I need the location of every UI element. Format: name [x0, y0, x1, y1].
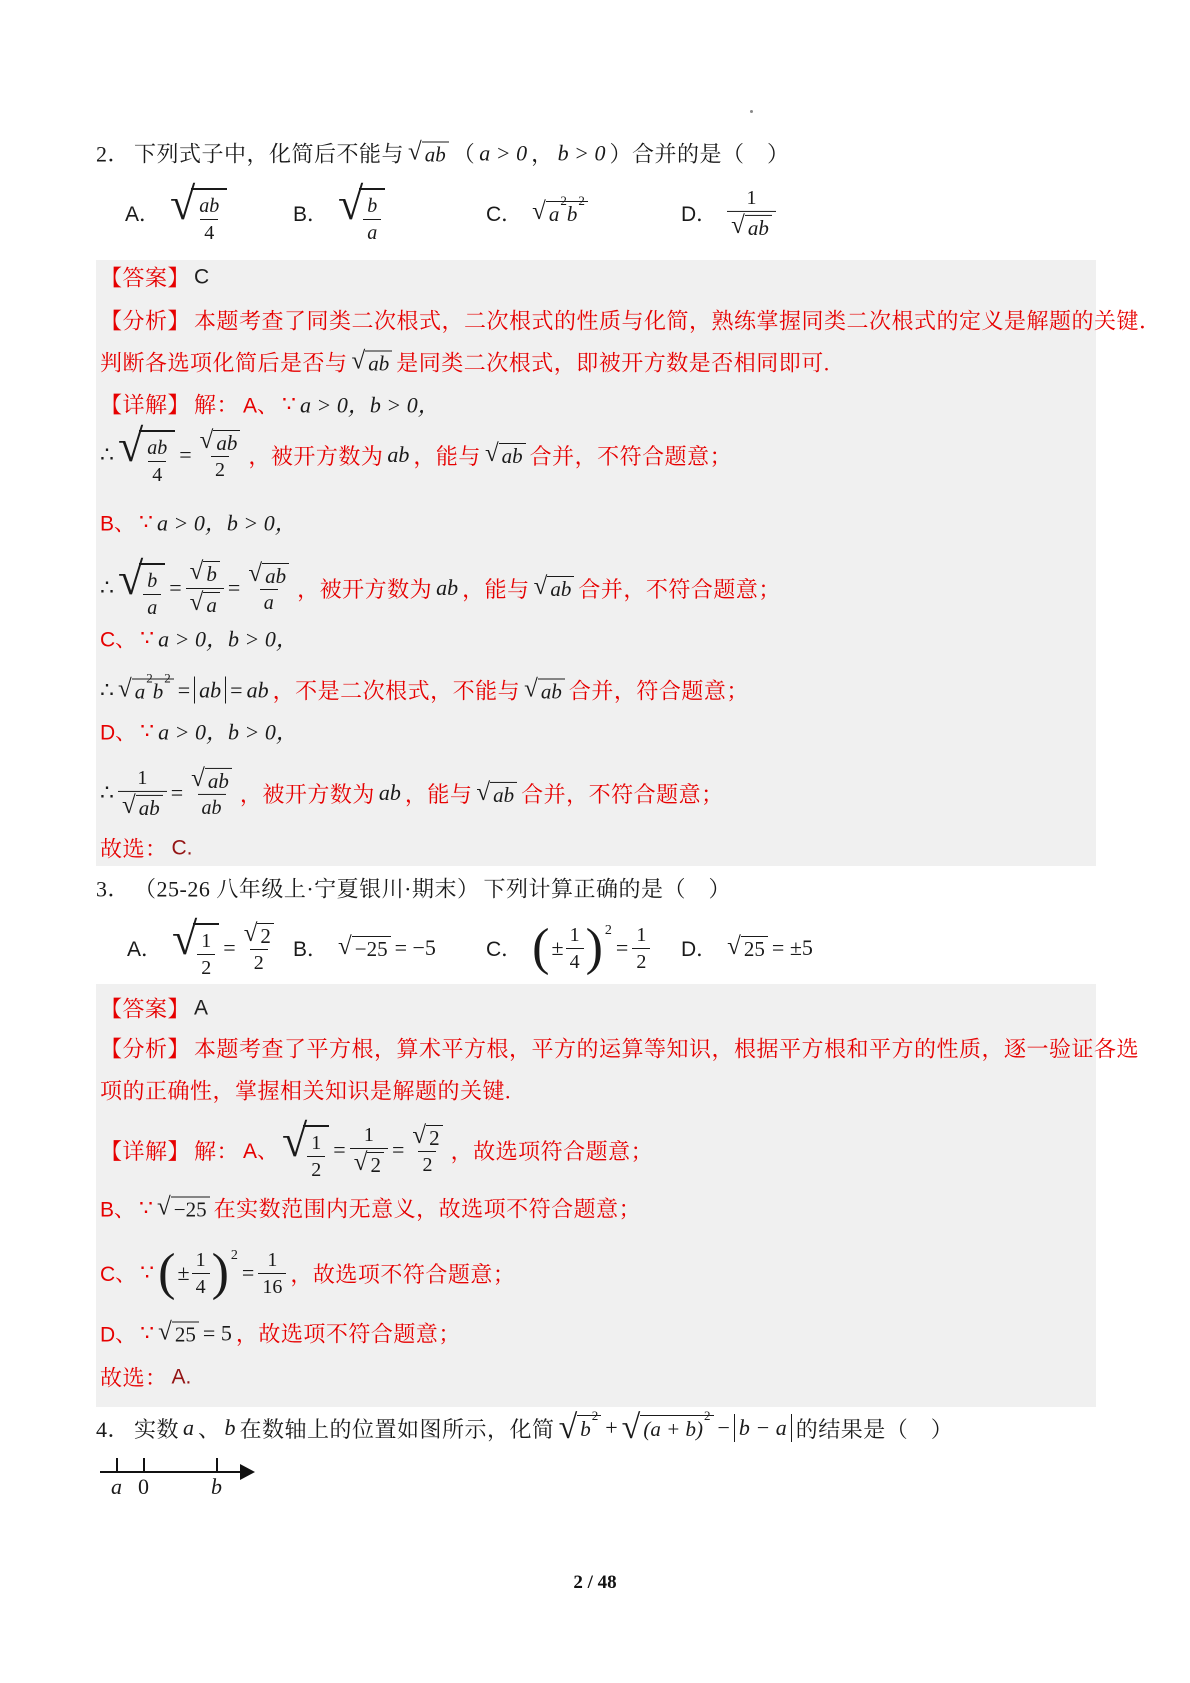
red-text: 合并，不符合题意； [530, 440, 733, 471]
equals-sign: = [242, 1260, 254, 1286]
numerator: 1 [566, 923, 584, 948]
numerator: √2 [240, 921, 278, 949]
sqrt-expression: √ ba [118, 556, 165, 620]
fraction: √ab ab [187, 766, 236, 820]
because-sign: ∵ [140, 1320, 154, 1346]
case-b-prefix: B、 [100, 1193, 135, 1223]
denominator: 2 [632, 948, 650, 974]
minus-sign: − [718, 1415, 730, 1441]
numerator: 1 [133, 766, 151, 791]
choose-label: 故选： [100, 833, 168, 864]
q3-answer-line: 【答案】 A [100, 993, 208, 1024]
therefore-sign: ∴ [100, 575, 114, 601]
denominator: ab [198, 794, 226, 820]
q4-number: 4． [96, 1413, 130, 1444]
case-a-prefix: A、 [243, 389, 278, 419]
q3-option-a: A． √ 12 = √2 2 [127, 916, 278, 980]
numerator: √2 [408, 1123, 446, 1151]
equation-result: = 5 [203, 1320, 232, 1346]
q3-choose-line: 故选： A. [100, 1362, 191, 1393]
equals-sign: = [223, 935, 235, 961]
math-ab: ab [379, 780, 401, 806]
solution-prefix: 解： [194, 1135, 239, 1166]
fraction: 1 √2 [350, 1123, 388, 1177]
solution-prefix: 解： [194, 389, 239, 420]
radicand: ab 4 [191, 188, 227, 245]
numerator: ab [195, 194, 223, 219]
label-a: a [111, 1474, 122, 1500]
q2-case-c-cond: C、 ∵ a > 0，b > 0， [100, 623, 298, 654]
denominator: √2 [350, 1148, 388, 1177]
because-sign: ∵ [139, 509, 153, 535]
radical-sign: √ [190, 590, 204, 615]
numerator: √ab [196, 428, 245, 456]
because-sign: ∵ [140, 718, 154, 744]
numerator: ab [143, 436, 171, 461]
case-c-prefix: C、 [100, 623, 136, 653]
detail-label: 【详解】 [100, 1135, 190, 1166]
radicand: ab [205, 768, 232, 793]
result: ab [247, 677, 269, 703]
analysis-label: 【分析】 [100, 305, 190, 336]
exponent: 2 [164, 670, 171, 685]
number-line-figure: a 0 b [100, 1452, 258, 1504]
numerator: b [143, 569, 161, 594]
q2-case-b-cond: B、 ∵ a > 0，b > 0， [100, 507, 297, 538]
red-text: ，能与 [462, 573, 530, 604]
conditions: a > 0，b > 0， [157, 507, 297, 538]
exponent: 2 [592, 1408, 599, 1423]
radical-sign: √ [524, 676, 538, 701]
case-a-prefix: A、 [243, 1135, 278, 1165]
detail-label: 【详解】 [100, 389, 190, 420]
var-a: a [549, 202, 560, 226]
number-line-arrow [240, 1464, 255, 1480]
radical-sign: √ [485, 441, 499, 466]
stray-dot [750, 110, 753, 113]
equals-sign: = [228, 575, 240, 601]
radical-sign: √ [157, 1194, 171, 1219]
exponent: 2 [560, 193, 567, 208]
q4-stem-text: 在数轴上的位置如图所示，化简 [240, 1413, 555, 1444]
plus-minus-sign: ± [178, 1260, 190, 1286]
page-number: 2 / 48 [0, 1572, 1190, 1594]
red-text: ，故选项符合题意； [451, 1135, 654, 1166]
radicand: ba [139, 563, 165, 620]
math-ab: ab [387, 442, 409, 468]
exponent: 2 [578, 193, 585, 208]
because-sign: ∵ [282, 391, 296, 417]
q2-stem: 2． 下列式子中，化简后不能与 √ ab （ a > 0 ， b > 0 ）合并… [96, 138, 790, 169]
option-d-label: D． [681, 933, 717, 963]
q3-analysis-line1: 【分析】 本题考查了平方根，算术平方根，平方的运算等知识，根据平方根和平方的性质… [100, 1033, 1139, 1064]
paren-open: ( [532, 922, 549, 974]
denominator: 2 [250, 949, 268, 975]
radical-sign: √ [118, 676, 132, 701]
radicand: b a [359, 188, 385, 245]
numerator: 1 [632, 923, 650, 948]
exponent: 2 [704, 1408, 711, 1423]
red-text: 在实数范围内无意义，故选项不符合题意； [214, 1193, 642, 1224]
fraction: √2 2 [240, 921, 278, 975]
option-c-label: C． [486, 198, 522, 228]
radicand: 2 [367, 1152, 384, 1177]
sqrt-ab-expression: √ ab [408, 139, 449, 166]
var-b: b [567, 202, 578, 226]
radical-sign: √ [731, 213, 745, 238]
equals-sign: = [171, 780, 183, 806]
sqrt-expression: √ 12 [282, 1118, 329, 1182]
radicand: ab [213, 430, 240, 455]
case-d-prefix: D、 [100, 1318, 136, 1348]
radicand: 25 [741, 936, 768, 961]
radical-sign: √ [476, 779, 490, 804]
radicand: ab [136, 795, 163, 820]
because-sign: ∵ [140, 1260, 154, 1286]
numerator: 1 [263, 1248, 281, 1273]
q2-answer-line: 【答案】 C [100, 262, 209, 293]
q2-analysis-line1: 【分析】 本题考查了同类二次根式，二次根式的性质与化简，熟练掌握同类二次根式的定… [100, 305, 1162, 336]
q2-case-d-formula: ∴ 1 √ab = √ab ab ，被开方数为 ab ，能与 √ab 合并，不符… [100, 766, 724, 820]
enumeration-comma: 、 [198, 1413, 221, 1444]
therefore-sign: ∴ [100, 780, 114, 806]
sqrt-expression: √ ab 4 [170, 181, 227, 245]
radicand: ab4 [139, 430, 175, 487]
q3-number: 3． [96, 873, 130, 904]
red-text: ，被开方数为 [297, 573, 432, 604]
sqrt-expression: √ ab4 [118, 423, 175, 487]
option-c-label: C． [486, 933, 522, 963]
radical-sign: √ [622, 1411, 641, 1445]
denominator: 4 [148, 461, 166, 487]
radicand: ab [547, 576, 574, 601]
radical-sign: √ [158, 1319, 172, 1344]
radical-sign: √ [338, 934, 352, 959]
fraction: 1 √ab [118, 766, 167, 820]
q2-option-c: C． √ a2b2 [486, 198, 588, 228]
sqrt-expression: √ ab [731, 213, 772, 240]
red-text: ，被开方数为 [248, 440, 383, 471]
exponent: 2 [231, 1248, 238, 1264]
analysis-text: 本题考查了同类二次根式，二次根式的性质与化简，熟练掌握同类二次根式的定义是解题的… [194, 305, 1162, 336]
equals-sign: = [169, 575, 181, 601]
radicand: b2 [577, 1415, 601, 1442]
exponent: 2 [605, 923, 612, 939]
sqrt-expression: √−25 [157, 1194, 210, 1221]
var-a: a [135, 679, 146, 703]
absolute-value: b − a [734, 1414, 792, 1442]
q2-case-a-formula: ∴ √ ab4 = √ab 2 ，被开方数为 ab ，能与 √ab 合并，不符合… [100, 423, 732, 487]
therefore-sign: ∴ [100, 442, 114, 468]
sqrt-ab-expression: √ab [534, 574, 575, 601]
conditions: a > 0，b > 0， [300, 389, 440, 420]
radical-sign: √ [532, 199, 546, 224]
sqrt-ab-expression: √ab [524, 676, 565, 703]
radicand: ab [490, 781, 517, 806]
equals-sign: = [333, 1137, 345, 1163]
plus-sign: + [605, 1415, 617, 1441]
radicand: 2 [257, 923, 274, 948]
var-b: b [225, 1415, 236, 1441]
equals-sign: = [392, 1137, 404, 1163]
q2-case-c-formula: ∴ √ a2b2 = ab = ab ，不是二次根式，不能与 √ab 合并，符合… [100, 675, 749, 706]
condition-a: a > 0 [479, 140, 527, 166]
sqrt-expression: √25 [158, 1319, 199, 1346]
q2-option-a: A． √ ab 4 [125, 181, 227, 245]
fraction: ab 4 [195, 194, 223, 245]
radicand: a2b2 [546, 201, 588, 226]
denominator: 2 [211, 456, 229, 482]
denominator: 2 [197, 954, 215, 980]
fraction: √b √a [186, 559, 224, 616]
equation-result: = −5 [395, 935, 436, 961]
red-text: ，能与 [405, 777, 473, 808]
q2-choose-line: 故选： C. [100, 833, 193, 864]
abs-content: ab [199, 677, 221, 702]
sqrt-expression: √ a2b2 [118, 676, 174, 703]
analysis-label: 【分析】 [100, 1033, 190, 1064]
red-text: ，不是二次根式，不能与 [273, 675, 521, 706]
paren-close: ) [212, 1247, 229, 1299]
paren-power-group: ( ± 14 ) 2 [158, 1247, 238, 1299]
fraction: √ab a [244, 561, 293, 615]
equals-sign: = [616, 935, 628, 961]
q3-case-a-formula: 【详解】 解： A、 √ 12 = 1 √2 = √2 2 ，故选项符合题意； [100, 1118, 653, 1182]
denominator: a [363, 219, 381, 245]
conditions: a > 0，b > 0， [158, 623, 298, 654]
denominator: 2 [418, 1151, 436, 1177]
sqrt-ab-expression: √ab [485, 441, 526, 468]
var-a: a [183, 1415, 194, 1441]
condition-b: b > 0 [558, 140, 606, 166]
analysis-text: 本题考查了平方根，算术平方根，平方的运算等知识，根据平方根和平方的性质，逐一验证… [194, 1033, 1139, 1064]
q2-number: 2． [96, 138, 130, 169]
answer-label: 【答案】 [100, 262, 190, 293]
radical-sign: √ [534, 574, 548, 599]
q2-stem-tail: ）合并的是（ ） [610, 138, 790, 169]
option-a-label: A． [125, 198, 160, 228]
q2-choose-letter: C. [172, 836, 193, 860]
exponent: 2 [146, 670, 153, 685]
q3-answer-letter: A [194, 996, 208, 1020]
q2-detail-line: 【详解】 解： A、 ∵ a > 0，b > 0， [100, 389, 440, 420]
paren-power-group: ( ± 14 ) 2 [532, 922, 612, 974]
radicand: −25 [352, 936, 391, 961]
radicand: a [203, 592, 220, 617]
red-text: ，能与 [413, 440, 481, 471]
abs-content: b − a [739, 1415, 787, 1440]
radical-sign: √ [408, 139, 422, 164]
fraction: √2 2 [408, 1123, 446, 1177]
radicand: a2b2 [132, 678, 174, 703]
case-b-prefix: B、 [100, 507, 135, 537]
numerator: √ab [187, 766, 236, 794]
equals-sign: = [178, 677, 190, 703]
sqrt-a-plus-b-squared: √ (a + b)2 [622, 1411, 714, 1445]
radicand: 12 [303, 1125, 329, 1182]
radicand: ab [365, 350, 392, 375]
tick-a [116, 1458, 118, 1472]
fraction: 12 [632, 923, 650, 974]
q3-option-b: B． √−25 = −5 [293, 933, 436, 963]
q3-case-d-line: D、 ∵ √25 = 5 ，故选项不符合题意； [100, 1318, 461, 1349]
q3-source: （25-26 八年级上·宁夏银川·期末） [134, 873, 479, 904]
q4-stem-tail: 的结果是（ ） [796, 1413, 954, 1444]
denominator: 4 [192, 1273, 210, 1299]
radicand: ab [422, 141, 449, 166]
radical-sign: √ [352, 348, 366, 373]
q2-answer-letter: C [194, 265, 209, 289]
option-d-label: D． [681, 198, 717, 228]
numerator: 1 [743, 186, 761, 211]
sqrt-expression: √25 [727, 934, 768, 961]
radical-sign: √ [190, 559, 204, 584]
sqrt-expression: √ a2b2 [532, 199, 588, 226]
q4-stem: 4． 实数 a 、 b 在数轴上的位置如图所示，化简 √ b2 + √ (a +… [96, 1411, 953, 1445]
math-ab: ab [436, 575, 458, 601]
radicand: ab [262, 563, 289, 588]
option-a-label: A． [127, 933, 162, 963]
sqrt-b-squared: √ b2 [559, 1411, 602, 1445]
var-b: b [153, 679, 164, 703]
radicand: 25 [172, 1321, 199, 1346]
radical-sign: √ [200, 428, 214, 453]
analysis-text: 判断各选项化简后是否与 [100, 347, 348, 378]
radical-sign: √ [244, 921, 258, 946]
plus-minus-sign: ± [552, 935, 564, 961]
radical-sign: √ [191, 766, 205, 791]
case-c-prefix: C、 [100, 1258, 136, 1288]
numerator: b [363, 194, 381, 219]
radical-sign: √ [727, 934, 741, 959]
numerator: 1 [197, 929, 215, 954]
red-text: 合并，不符合题意； [578, 573, 781, 604]
equals-sign: = [179, 442, 191, 468]
tick-zero [143, 1458, 145, 1472]
denominator: √ ab [727, 211, 776, 240]
q4-stem-text: 实数 [134, 1413, 179, 1444]
radical-sign: √ [559, 1411, 578, 1445]
label-b: b [211, 1474, 222, 1500]
inner-expression: (a + b) [643, 1417, 703, 1441]
answer-label: 【答案】 [100, 993, 190, 1024]
numerator: 1 [307, 1131, 325, 1156]
q2-option-b: B． √ b a [293, 181, 385, 245]
denominator: √a [186, 588, 224, 617]
paren-open: ( [158, 1247, 175, 1299]
radicand: ab [538, 678, 565, 703]
sqrt-expression: √−25 [338, 934, 391, 961]
radicand: b [203, 561, 220, 586]
sqrt-expression: √ b a [338, 181, 385, 245]
tick-b [216, 1458, 218, 1472]
radicand: 12 [193, 923, 219, 980]
q2-stem-text: 下列式子中，化简后不能与 [134, 138, 404, 169]
paren-close: ) [586, 922, 603, 974]
q2-case-d-cond: D、 ∵ a > 0，b > 0， [100, 716, 298, 747]
q2-option-d: D． 1 √ ab [681, 186, 776, 240]
conditions: a > 0，b > 0， [158, 716, 298, 747]
denominator: 4 [200, 219, 218, 245]
fraction: b a [363, 194, 381, 245]
denominator: 16 [258, 1273, 286, 1299]
paren-open: （ [453, 138, 476, 169]
q3-stem: 3． （25-26 八年级上·宁夏银川·期末） 下列计算正确的是（ ） [96, 873, 731, 904]
q3-choose-letter: A. [172, 1365, 192, 1389]
numerator: 1 [192, 1248, 210, 1273]
analysis-text: 是同类二次根式，即被开方数是否相同即可. [396, 347, 830, 378]
equation-result: = ±5 [772, 935, 813, 961]
q3-option-c: C． ( ± 14 ) 2 = 12 [486, 922, 650, 974]
radical-sign: √ [412, 1123, 426, 1148]
therefore-sign: ∴ [100, 677, 114, 703]
denominator: a [143, 594, 161, 620]
option-b-label: B． [293, 198, 328, 228]
fraction: 1 √ ab [727, 186, 776, 240]
analysis-text: 项的正确性，掌握相关知识是解题的关键. [100, 1075, 511, 1106]
equals-sign: = [230, 677, 242, 703]
denominator: 2 [307, 1156, 325, 1182]
because-sign: ∵ [140, 625, 154, 651]
radicand: ab [499, 443, 526, 468]
var-b: b [580, 1417, 591, 1441]
q3-option-d: D． √25 = ±5 [681, 933, 813, 963]
radicand: ab [745, 215, 772, 240]
worksheet-page: 2． 下列式子中，化简后不能与 √ ab （ a > 0 ， b > 0 ）合并… [0, 0, 1190, 1683]
fraction: 116 [258, 1248, 286, 1299]
q2-analysis-line2: 判断各选项化简后是否与 √ ab 是同类二次根式，即被开方数是否相同即可. [100, 347, 830, 378]
red-text: 合并，不符合题意； [521, 777, 724, 808]
absolute-value: ab [194, 676, 226, 704]
q3-case-b-line: B、 ∵ √−25 在实数范围内无意义，故选项不符合题意； [100, 1193, 641, 1224]
choose-label: 故选： [100, 1362, 168, 1393]
q2-case-b-formula: ∴ √ ba = √b √a = √ab a ，被开方数为 ab ，能与 √ab… [100, 556, 781, 620]
denominator: 4 [566, 948, 584, 974]
fraction: √ab 2 [196, 428, 245, 482]
q3-case-c-line: C、 ∵ ( ± 14 ) 2 = 116 ，故选项不符合题意； [100, 1247, 515, 1299]
denominator: √ab [118, 791, 167, 820]
numerator: √b [186, 559, 224, 587]
sqrt-ab-expression: √ab [476, 779, 517, 806]
numerator: √ab [244, 561, 293, 589]
denominator: a [260, 589, 278, 615]
case-d-prefix: D、 [100, 716, 136, 746]
option-b-label: B． [293, 933, 328, 963]
radicand: 2 [426, 1125, 443, 1150]
radical-sign: √ [248, 561, 262, 586]
label-zero: 0 [138, 1474, 149, 1500]
because-sign: ∵ [139, 1195, 153, 1221]
q3-stem-text: 下列计算正确的是（ ） [484, 873, 732, 904]
red-text: ，故选项不符合题意； [236, 1318, 461, 1349]
red-text: ，被开方数为 [240, 777, 375, 808]
sqrt-expression: √ 12 [172, 916, 219, 980]
number-line-axis [100, 1471, 242, 1473]
q3-analysis-line2: 项的正确性，掌握相关知识是解题的关键. [100, 1075, 511, 1106]
radicand: −25 [171, 1196, 210, 1221]
radicand: (a + b)2 [640, 1415, 713, 1442]
red-text: ，故选项不符合题意； [290, 1258, 515, 1289]
radical-sign: √ [122, 793, 136, 818]
sqrt-ab-expression: √ ab [352, 348, 393, 375]
radical-sign: √ [354, 1150, 368, 1175]
numerator: 1 [360, 1123, 378, 1148]
comma: ， [531, 138, 554, 169]
red-text: 合并，符合题意； [569, 675, 749, 706]
